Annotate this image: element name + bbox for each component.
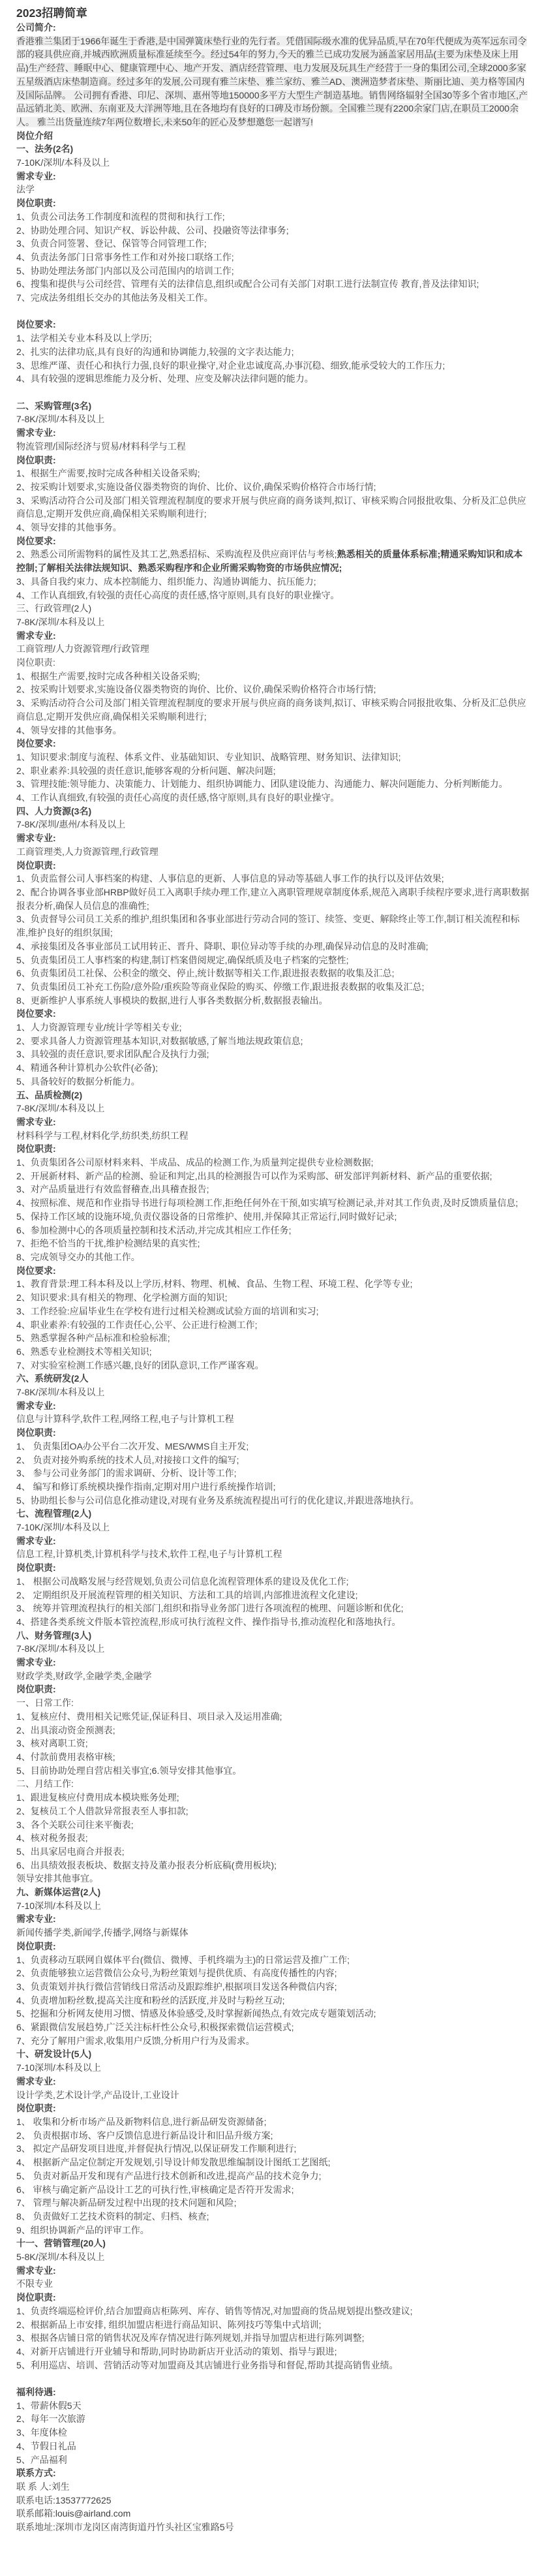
contact-section: 联系方式:联 系 人:刘生联系电话:13537772625联系邮箱:louis@…: [16, 2466, 530, 2534]
list-item: 6、紧跟微信发展趋势,广泛关注标杆性公众号,积极探索微信运营模式;: [16, 2021, 530, 2034]
list-item: 7、 管理与解决新品研发过程中出现的技术问题和风险;: [16, 2196, 530, 2210]
list-item: 6、参加检测中心的各项质量控制和技术活动,并完成其相应工作任务;: [16, 1224, 530, 1237]
list-item: 5、具备较好的数据分析能力。: [16, 1075, 530, 1089]
list-item: 4、具有较强的逻辑思维能力及分析、处理、应变及解决法律问题的能力。: [16, 372, 530, 386]
job-section-11-marketing: 十一、营销管理(20人)5-8K/深圳/本科及以上需求专业:不限专业岗位职责:1…: [16, 2237, 530, 2372]
job-section-1-legal: 一、法务(2名)7-10K/深圳/本科及以上需求专业:法学岗位职责:1、负责公司…: [16, 142, 530, 399]
salary-line: 7-10深圳/本科及以上: [16, 2061, 530, 2075]
page-title: 2023招聘简章: [16, 6, 530, 21]
field-label: 需求专业:: [16, 629, 530, 643]
majors-line: 工商管理类,人力资源管理,行政管理: [16, 845, 530, 859]
company-intro-label: 公司简介:: [16, 21, 530, 35]
salary-line: 7-8K/深圳/本科及以上: [16, 615, 530, 629]
list-item: 4、职业素养:有较强的工作责任心,公平、公正进行检测工作;: [16, 1318, 530, 1332]
job-section-4-human-resources: 四、人力资源(3名)7-8K/深圳/惠州/本科及以上需求专业:工商管理类,人力资…: [16, 805, 530, 1089]
list-item: 1、根据生产需要,按时完成各种相关设备采购;: [16, 467, 530, 480]
majors-line: 工商管理/人力资源管理/行政管理: [16, 642, 530, 656]
salary-line: 7-10深圳/本科及以上: [16, 1899, 530, 1913]
list-item: 1、带薪休假5天: [16, 2399, 530, 2413]
list-item: 3、各个关联公司往来平衡表;: [16, 1818, 530, 1832]
salary-line: 7-8K/深圳/本科及以上: [16, 412, 530, 426]
positions-label: 岗位介绍: [16, 129, 530, 143]
list-item: 领导安排其他事宜。: [16, 1872, 530, 1885]
list-item: 3、具备自我约束力、成本控制能力、组织能力、沟通协调能力、抗压能力;: [16, 575, 530, 589]
list-item: 2、开展新材料、新产品的检测、验证和判定,出具的检测报告可以作为采购部、研发部评…: [16, 1170, 530, 1183]
list-item: 1、负责公司法务工作制度和流程的贯彻和执行工作;: [16, 210, 530, 224]
job-section-5-quality-testing: 五、品质检测(2)7-8K/深圳/本科及以上需求专业:材料科学与工程,材料化学,…: [16, 1089, 530, 1373]
list-item: 5、利用巡店、培训、营销活动等对加盟商及其店铺进行业务指导和督促,帮助其提高销售…: [16, 2359, 530, 2372]
job-section-10-rd-design: 十、研发设计(5人)7-10深圳/本科及以上需求专业:设计学类,艺术设计学,产品…: [16, 2047, 530, 2237]
list-item: 2、知识要求:具有相关的物理、化学检测方面的知识;: [16, 1291, 530, 1305]
list-item: 3、采购活动符合公司及部门相关管理流程制度的要求开展与供应商的商务谈判,拟订、审…: [16, 494, 530, 521]
list-item: 1、负责监督公司人事档案的构建、人事信息的更新、人事信息的异动等基础人事工作的执…: [16, 872, 530, 886]
list-item: 8、更新维护人事系统人事模块的数据,进行人事各类数据分析,数据报表输出。: [16, 994, 530, 1008]
field-label: 需求专业:: [16, 1912, 530, 1926]
list-item: 1、法学相关专业本科及以上学历;: [16, 332, 530, 345]
section-heading: 六、系统研发(2人: [16, 1372, 530, 1386]
list-item: 3、核对离职工资;: [16, 1737, 530, 1750]
section-heading: 十、研发设计(5人): [16, 2047, 530, 2061]
contact-phone: 联系电话:13537772625: [16, 2494, 530, 2507]
field-label: 需求专业:: [16, 1656, 530, 1669]
company-intro-paragraph: 香港雅兰集团于1966年诞生于香港,是中国弹簧床垫行业的先行者。凭借国际级水准的…: [16, 35, 530, 129]
field-label: 需求专业:: [16, 1399, 530, 1413]
majors-line: 不限专业: [16, 2277, 530, 2291]
list-item: 6、负责集团员工社保、公积金的缴交、停止,统计数据等相关工作,跟进报表数据的收集…: [16, 967, 530, 980]
section-heading: 一、法务(2名): [16, 142, 530, 156]
list-item: 1、 负责集团OA办公平台二次开发、MES/WMS自主开发;: [16, 1440, 530, 1453]
sub-label: 二、月结工作:: [16, 1777, 530, 1791]
list-item: 5、协助处理法务部门内部以及公司范围内的培训工作;: [16, 264, 530, 278]
list-item: 3、 参与公司业务部门的需求调研、分析、设计等工作;: [16, 1466, 530, 1480]
list-item: 5、挖掘和分析网友使用习惯、情感及体验感受,及时掌握新闻热点,有效完成专题策划活…: [16, 2007, 530, 2021]
list-item: 3、工作经验:应届毕业生在学校有进行过相关检测或试验方面的培训和实习;: [16, 1305, 530, 1318]
field-label: 岗位职责:: [16, 2291, 530, 2304]
field-label: 需求专业:: [16, 1115, 530, 1129]
list-item: 2、根据新品上市安排, 组织加盟店柜进行商品知识、陈列技巧等集中式培训;: [16, 2318, 530, 2332]
list-item: 6、出具绩效报表板块、数据支持及董办报表分析底稿(费用板块);: [16, 1859, 530, 1872]
section-heading: 五、品质检测(2): [16, 1089, 530, 1102]
list-item: 1、根据生产需要,按时完成各种相关设备采购;: [16, 670, 530, 683]
field-label: 岗位职责:: [16, 2102, 530, 2115]
salary-line: 7-10K/深圳/本科及以上: [16, 1521, 530, 1534]
field-label: 岗位要求:: [16, 737, 530, 751]
list-item: 5、熟悉掌握各种产品标准和检验标准;: [16, 1331, 530, 1345]
list-item: 1、复核应付、费用相关记账凭证,保证科目、项目录入及运用准确;: [16, 1710, 530, 1724]
list-item: 1、负责移动互联网自媒体平台(微信、微博、手机终端为主)的日常运营及推广工作;: [16, 1953, 530, 1967]
list-item: 2、要求具备人力资源管理基本知识,对数据敏感,了解当地法规政策信息;: [16, 1034, 530, 1048]
majors-line: 法学: [16, 183, 530, 196]
list-item: 7、拒绝不恰当的干扰,维护检测结果的真实性;: [16, 1237, 530, 1250]
field-label: 岗位要求:: [16, 535, 530, 548]
list-item: 1、负责集团各公司原材料来料、半成品、成品的检测工作,为质量判定提供专业检测数据…: [16, 1156, 530, 1170]
list-item: 1、 根据公司战略发展与经营规划,负责公司信息化流程管理体系的建设及优化工作;: [16, 1575, 530, 1589]
list-item: 3、管理技能:领导能力、决策能力、计划能力、组织协调能力、团队建设能力、沟通能力…: [16, 777, 530, 791]
list-item: 2、复核员工个人借款异常报表至人事扣款;: [16, 1805, 530, 1818]
section-heading: 七、流程管理(2人): [16, 1507, 530, 1521]
list-item: 1、知识要求:制度与流程、体系文件、业基础知识、专业知识、战略管理、财务知识、法…: [16, 751, 530, 764]
field-label: 岗位职责:: [16, 1142, 530, 1156]
majors-line: 财政学类,财政学,金融学类,金融学: [16, 1669, 530, 1683]
field-label: 岗位要求:: [16, 1007, 530, 1021]
list-item: 2、熟悉公司所需物料的属性及其工艺,熟悉招标、采购流程及供应商评估与考核;熟悉相…: [16, 548, 530, 574]
list-item: 5、负责集团员工人事档案的构建,制订档案借阅规定,确保纸质及电子档案的完整性;: [16, 954, 530, 967]
salary-line: 5-8K/深圳/本科及以上: [16, 2250, 530, 2264]
list-item: 4、 编写和修订系统模块操作指南,定期对用户进行系统操作培训;: [16, 1480, 530, 1494]
salary-line: 7-8K/深圳/本科及以上: [16, 1102, 530, 1115]
field-label: 岗位职责:: [16, 1561, 530, 1575]
list-item: 4、付款前费用表格审核;: [16, 1750, 530, 1764]
list-item: 3、 统筹并管理流程执行的相关部门,组织和指导业务部门进行各项流程的梳理、问题诊…: [16, 1602, 530, 1615]
salary-line: 7-8K/深圳/惠州/本科及以上: [16, 818, 530, 831]
list-item: 3、负责督导公司员工关系的维护,组织集团和各事业部进行劳动合同的签订、续签、变更…: [16, 912, 530, 939]
list-item: 2、职业素养:具较强的责任意识,能够客观的分析问题、解决问题;: [16, 764, 530, 778]
list-item: 4、领导安排的其他事务。: [16, 724, 530, 737]
benefits-section: 福利待遇:1、带薪休假5天2、每年一次旅游3、年度体检4、节假日礼品5、产品福利: [16, 2372, 530, 2466]
salary-line: 7-8K/深圳/本科及以上: [16, 1642, 530, 1656]
list-item: 3、负责策划并执行微信营销线日常活动及跟踪维护,根据项目发送各种微信内容;: [16, 1980, 530, 1994]
list-item: 4、对新开店铺进行开业辅导和帮助,同时协助新店开业活动的策划、指导与跟进;: [16, 2345, 530, 2359]
majors-line: 设计学类,艺术设计学,产品设计,工业设计: [16, 2088, 530, 2102]
majors-line: 材料科学与工程,材料化学,纺织类,纺织工程: [16, 1129, 530, 1143]
list-item: 4、负责增加粉丝数,提高关注度和粉丝的活跃度,并及时与粉丝互动;: [16, 1994, 530, 2008]
list-item: 8、 负责做好工艺技术资料的制定、归档、核查;: [16, 2210, 530, 2224]
contact-email: 联系邮箱:louis@airland.com: [16, 2507, 530, 2521]
list-item: 2、 负责根据市场、客户反馈信息进行新品设计和旧品升级方案;: [16, 2129, 530, 2143]
list-item: 2、出具滚动资金预测表;: [16, 1724, 530, 1737]
job-section-2-procurement: 二、采购管理(3名)7-8K/深圳/本科及以上需求专业:物流管理/国际经济与贸易…: [16, 399, 530, 602]
list-item: 1、跟进复核应付费用成本模块账务处理;: [16, 1791, 530, 1805]
list-item: 3、思维严谨、责任心和执行力强,良好的职业操守,对企业忠诚度高,办事沉稳、细致,…: [16, 359, 530, 373]
field-label: 需求专业:: [16, 1534, 530, 1548]
field-label: 需求专业:: [16, 170, 530, 183]
list-item: 2、负责能够独立运营微信公众号,为粉丝策划与提供优质、有高度传播性的内容;: [16, 1966, 530, 1980]
list-item: 4、工作认真细致,有较强的责任心高度的责任感,恪守原则,具有良好的职业操守。: [16, 791, 530, 805]
list-item: 4、 根据新产品定位制定开发规划,引导设计师发散思维编制设计图纸工艺图纸;: [16, 2156, 530, 2169]
section-heading: 三、行政管理(2人): [16, 602, 530, 615]
company-intro-text: 香港雅兰集团于1966年诞生于香港,是中国弹簧床垫行业的先行者。凭借国际级水准的…: [16, 36, 528, 127]
list-item: 8、完成领导交办的其他工作。: [16, 1250, 530, 1264]
list-item: 7、充分了解用户需求,收集用户反馈,分析用户行为及需求。: [16, 2034, 530, 2048]
list-item: 4、工作认真细致,有较强的责任心高度的责任感,恪守原则,具有良好的职业操守。: [16, 589, 530, 602]
field-label: 需求专业:: [16, 831, 530, 845]
list-item: 5、出具家居电商合并报表;: [16, 1845, 530, 1859]
salary-line: 7-10K/深圳/本科及以上: [16, 156, 530, 170]
majors-line: 信息工程,计算机类,计算机科学与技术,软件工程,电子与计算机工程: [16, 1547, 530, 1561]
section-heading: 九、新媒体运营(2人): [16, 1885, 530, 1899]
majors-line: 新闻传播学类,新闻学,传播学,网络与新媒体: [16, 1926, 530, 1940]
field-label: 岗位职责:: [16, 1940, 530, 1953]
list-item: 4、核对税务报表;: [16, 1831, 530, 1845]
list-item: 1、负责终端巡检评价,结合加盟商店柜陈列、库存、销售等情况,对加盟商的货品规划提…: [16, 2304, 530, 2318]
majors-line: 信息与计算科学,软件工程,网络工程,电子与计算机工程: [16, 1412, 530, 1426]
list-item: 3、 拟定产品研发项目进度,并督促执行情况,以保证研发工作顺利进行;: [16, 2142, 530, 2156]
field-label: 岗位要求:: [16, 318, 530, 332]
list-item: 3、采购活动符合公司及部门相关管理流程制度的要求开展与供应商的商务谈判,拟订、审…: [16, 696, 530, 723]
field-label: 岗位职责:: [16, 656, 530, 670]
doc-line-segment: 2、熟悉公司所需物料的属性及其工艺,熟悉招标、采购流程及供应商评估与考核;: [16, 549, 337, 559]
section-heading: 四、人力资源(3名): [16, 805, 530, 818]
list-item: 4、领导安排的其他事务。: [16, 521, 530, 535]
salary-line: 7-8K/深圳/本科及以上: [16, 1386, 530, 1399]
section-heading: 八、财务管理(3人): [16, 1629, 530, 1643]
list-item: 1、 收集和分析市场产品及新物料信息,进行新品研发资源储备;: [16, 2115, 530, 2129]
list-item: 4、搭建各类系统文件版本管控流程,形成可执行流程文件、操作指导书,推动流程化和落…: [16, 1615, 530, 1629]
list-item: 3、负责合同签署、登记、保管等合同管理工作;: [16, 237, 530, 251]
list-item: 7、负责集团员工补充工伤险/意外险/重疾险等商业保险的购买、停缴工作,跟进报表数…: [16, 980, 530, 994]
field-label: 岗位职责:: [16, 859, 530, 873]
contact-address: 联系地址:深圳市龙岗区南湾街道丹竹头社区宝雅路5号: [16, 2521, 530, 2534]
job-section-3-administration: 三、行政管理(2人)7-8K/深圳/本科及以上需求专业:工商管理/人力资源管理/…: [16, 602, 530, 805]
list-item: 4、承接集团及各事业部员工试用转正、晋升、降职、职位异动等手续的办理,确保异动信…: [16, 940, 530, 954]
field-label: 岗位职责:: [16, 1426, 530, 1440]
list-item: 6、搜集和提供与公司经营、管理有关的法律信息,组织或配合公司有关部门对职工进行法…: [16, 277, 530, 291]
field-label: 岗位要求:: [16, 1264, 530, 1278]
list-item: 5、目前协助处理自营店相关事宜;6.领导安排其他事宜。: [16, 1764, 530, 1778]
field-label: 福利待遇:: [16, 2385, 530, 2399]
majors-line: 物流管理/国际经济与贸易/材料科学与工程: [16, 440, 530, 454]
list-item: 2、扎实的法律功底,具有良好的沟通和协调能力,较强的文字表达能力;: [16, 345, 530, 359]
contact-person: 联 系 人:刘生: [16, 2480, 530, 2494]
list-item: 7、完成法务组组长交办的其他法务及相关工作。: [16, 291, 530, 305]
job-section-6-system-development: 六、系统研发(2人7-8K/深圳/本科及以上需求专业:信息与计算科学,软件工程,…: [16, 1372, 530, 1507]
list-item: 4、精通各种计算机办公软件(必备);: [16, 1061, 530, 1075]
list-item: 6、熟悉专业检测技术等相关知识;: [16, 1345, 530, 1359]
list-item: 5、保持工作区域的设施环境,负责仪器设备的日常维护、使用,并保障其正常运行,同时…: [16, 1210, 530, 1224]
job-section-9-new-media: 九、新媒体运营(2人)7-10深圳/本科及以上需求专业:新闻传播学类,新闻学,传…: [16, 1885, 530, 2047]
field-label: 岗位职责:: [16, 196, 530, 210]
list-item: 3、根据各店铺日常的销售状况及库存情况进行陈列规划,并指导加盟店柜进行陈列调整;: [16, 2331, 530, 2345]
list-item: 5、协助组长参与公司信息化推动建设,对现有业务及系统流程提出可行的优化建议,并跟…: [16, 1494, 530, 1508]
list-item: 2、协助处理合同、知识产权、诉讼仲裁、公司、投融资等法律事务;: [16, 224, 530, 238]
job-section-8-finance: 八、财务管理(3人)7-8K/深圳/本科及以上需求专业:财政学类,财政学,金融学…: [16, 1629, 530, 1885]
list-item: 3、对产品质量进行有效监督稽查,出具稽查报告;: [16, 1183, 530, 1196]
list-item: 4、节假日礼品: [16, 2440, 530, 2453]
list-item: 2、 负责对接外购系统的技术人员,对接接口文件的编写;: [16, 1453, 530, 1467]
list-item: 4、按照标准、规范和作业指导书进行每项检测工作,拒绝任何外在干预,如实填写检测记…: [16, 1196, 530, 1210]
list-item: 3、具较强的责任意识,要求团队配合及执行力强;: [16, 1047, 530, 1061]
sub-label: 一、日常工作:: [16, 1696, 530, 1710]
section-heading: 二、采购管理(3名): [16, 399, 530, 413]
list-item: 4、负责法务部门日常事务性工作和对外接口联络工作;: [16, 251, 530, 264]
field-label: 联系方式:: [16, 2466, 530, 2480]
field-label: 需求专业:: [16, 2075, 530, 2088]
job-section-7-process-management: 七、流程管理(2人)7-10K/深圳/本科及以上需求专业:信息工程,计算机类,计…: [16, 1507, 530, 1628]
list-item: 1、人力资源管理专业/统计学等相关专业;: [16, 1021, 530, 1034]
list-item: 3、年度体检: [16, 2426, 530, 2440]
list-item: 5、 负责对新品开发和现有产品进行技术创新和改进,提高产品的技术竞争力;: [16, 2169, 530, 2183]
list-item: 2、每年一次旅游: [16, 2412, 530, 2426]
job-sections: 一、法务(2名)7-10K/深圳/本科及以上需求专业:法学岗位职责:1、负责公司…: [16, 142, 530, 2534]
list-item: 1、教育背景:理工科本科及以上学历,材料、物理、机械、食品、生物工程、环境工程、…: [16, 1277, 530, 1291]
list-item: 6、 审核与确定新产品设计工艺的可执行性,审核确定是否符开发需求;: [16, 2183, 530, 2197]
section-heading: 十一、营销管理(20人): [16, 2237, 530, 2250]
field-label: 岗位职责:: [16, 454, 530, 467]
field-label: 需求专业:: [16, 426, 530, 440]
list-item: 9、组织协调新产品的评审工作。: [16, 2224, 530, 2237]
field-label: 需求专业:: [16, 2264, 530, 2278]
field-label: 岗位职责:: [16, 1683, 530, 1696]
list-item: 5、产品福利: [16, 2453, 530, 2467]
list-item: 7、对实验室检测工作感兴趣,良好的团队意识,工作严谨客观。: [16, 1359, 530, 1373]
list-item: 2、按采购计划要求,实施设备仪器类物资的询价、比价、议价,确保采购价格符合市场行…: [16, 480, 530, 494]
recruitment-document: 2023招聘简章 公司简介: 香港雅兰集团于1966年诞生于香港,是中国弹簧床垫…: [0, 0, 542, 2538]
list-item: 2、按采购计划要求,实施设备仪器类物资的询价、比价、议价,确保采购价格符合市场行…: [16, 683, 530, 696]
list-item: 2、配合协调各事业部HRBP做好员工入离职手续办理工作,建立入离职管理规章制度体…: [16, 886, 530, 912]
list-item: 2、 定期组织及开展流程管理的相关知识、方法和工具的培训,内部推进流程文化建设;: [16, 1589, 530, 1602]
